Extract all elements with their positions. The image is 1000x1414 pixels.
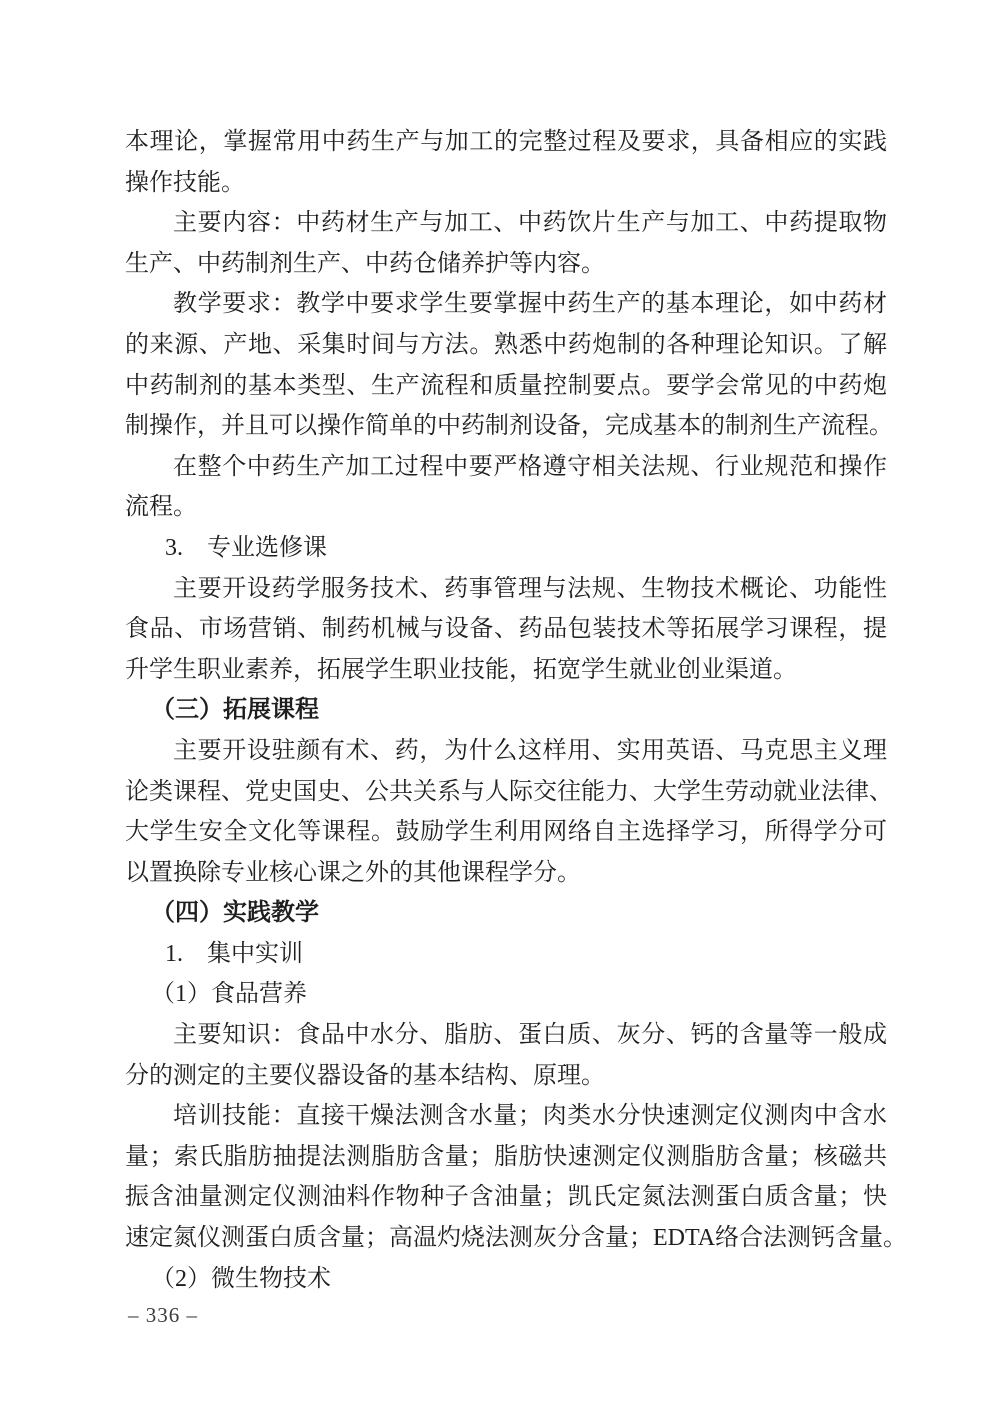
document-content: 本理论，掌握常用中药生产与加工的完整过程及要求，具备相应的实践操作技能。主要内容… [125, 122, 887, 1299]
text-line: （1）食品营养 [125, 974, 887, 1015]
text-line: 操作技能。 [125, 163, 887, 204]
text-line: 速定氮仪测蛋白质含量；高温灼烧法测灰分含量；EDTA络合法测钙含量。 [125, 1218, 887, 1259]
text-line: 本理论，掌握常用中药生产与加工的完整过程及要求，具备相应的实践 [125, 122, 887, 163]
text-line: 大学生安全文化等课程。鼓励学生利用网络自主选择学习，所得学分可 [125, 812, 887, 853]
text-line: 升学生职业素养，拓展学生职业技能，拓宽学生就业创业渠道。 [125, 650, 887, 691]
heading-line: （三）拓展课程 [125, 690, 887, 731]
text-line: （2）微生物技术 [125, 1259, 887, 1300]
text-line: 在整个中药生产加工过程中要严格遵守相关法规、行业规范和操作 [125, 447, 887, 488]
text-line: 量；索氏脂肪抽提法测脂肪含量；脂肪快速测定仪测脂肪含量；核磁共 [125, 1137, 887, 1178]
text-line: 主要内容：中药材生产与加工、中药饮片生产与加工、中药提取物 [125, 203, 887, 244]
text-line: 食品、市场营销、制药机械与设备、药品包装技术等拓展学习课程，提 [125, 609, 887, 650]
heading-line: （四）实践教学 [125, 893, 887, 934]
text-line: 生产、中药制剂生产、中药仓储养护等内容。 [125, 244, 887, 285]
document-page: 本理论，掌握常用中药生产与加工的完整过程及要求，具备相应的实践操作技能。主要内容… [0, 0, 1000, 1414]
text-line: 论类课程、党史国史、公共关系与人际交往能力、大学生劳动就业法律、 [125, 772, 887, 813]
text-line: 以置换除专业核心课之外的其他课程学分。 [125, 853, 887, 894]
text-line: 教学要求：教学中要求学生要掌握中药生产的基本理论，如中药材 [125, 284, 887, 325]
text-line: 振含油量测定仪测油料作物种子含油量；凯氏定氮法测蛋白质含量；快 [125, 1177, 887, 1218]
text-line: 中药制剂的基本类型、生产流程和质量控制要点。要学会常见的中药炮 [125, 366, 887, 407]
text-line: 主要开设驻颜有术、药，为什么这样用、实用英语、马克思主义理 [125, 731, 887, 772]
text-line: 的来源、产地、采集时间与方法。熟悉中药炮制的各种理论知识。了解 [125, 325, 887, 366]
text-line: 流程。 [125, 487, 887, 528]
text-line: 3. 专业选修课 [125, 528, 887, 569]
text-line: 制操作，并且可以操作简单的中药制剂设备，完成基本的制剂生产流程。 [125, 406, 887, 447]
text-line: 1. 集中实训 [125, 934, 887, 975]
text-line: 主要知识：食品中水分、脂肪、蛋白质、灰分、钙的含量等一般成 [125, 1015, 887, 1056]
text-line: 主要开设药学服务技术、药事管理与法规、生物技术概论、功能性 [125, 569, 887, 610]
page-number: – 336 – [128, 1300, 198, 1330]
text-line: 培训技能：直接干燥法测含水量；肉类水分快速测定仪测肉中含水 [125, 1096, 887, 1137]
text-line: 分的测定的主要仪器设备的基本结构、原理。 [125, 1056, 887, 1097]
